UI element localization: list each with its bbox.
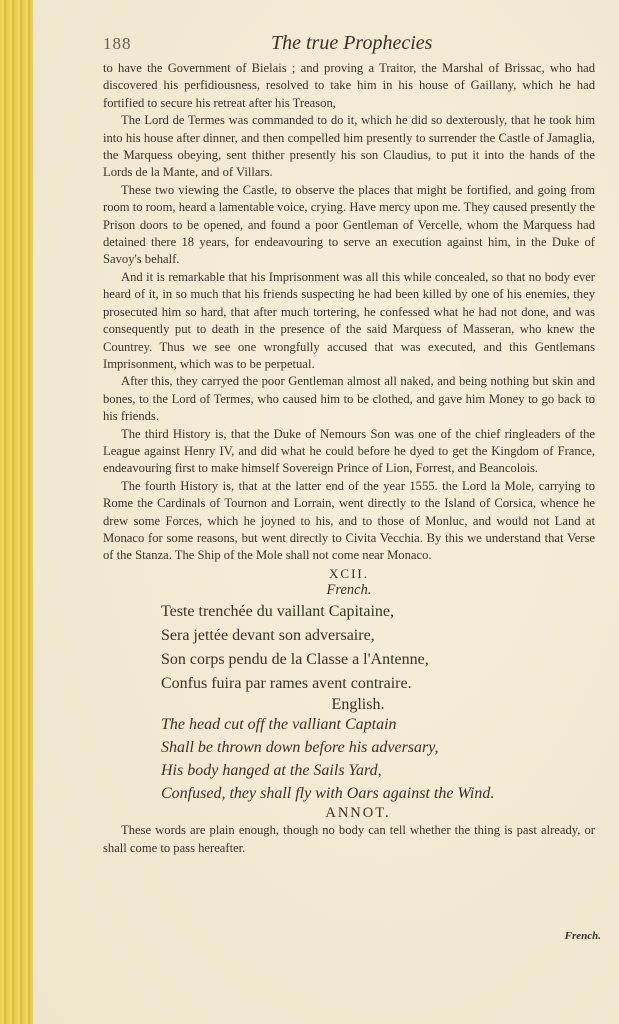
french-verse-line: Confus fuira par rames avent contraire. <box>103 672 595 696</box>
french-verse-line: Teste trenchée du vaillant Capitaine, <box>103 600 595 624</box>
french-label: French. <box>103 582 595 599</box>
paragraph: The fourth History is, that at the latte… <box>103 478 595 565</box>
paragraph: After this, they carryed the poor Gentle… <box>103 373 595 425</box>
running-title: The true Prophecies <box>271 32 432 55</box>
quatrain-number: XCII. <box>103 565 595 582</box>
gilt-page-edge <box>0 0 34 1024</box>
annotation-heading: ANNOT. <box>103 805 595 822</box>
english-verse-line: The head cut off the valliant Captain <box>103 713 595 736</box>
annotation-text: These words are plain enough, though no … <box>103 822 595 857</box>
french-verse-line: Sera jettée devant son adversaire, <box>103 624 595 648</box>
paragraph: And it is remarkable that his Imprisonme… <box>103 269 595 373</box>
paragraph: The third History is, that the Duke of N… <box>103 426 595 478</box>
catchword: French. <box>565 930 601 942</box>
page-header: 188 The true Prophecies <box>103 32 583 56</box>
paragraph: These two viewing the Castle, to observe… <box>103 182 595 269</box>
paragraph: The Lord de Termes was commanded to do i… <box>103 112 595 182</box>
page-body: to have the Government of Bielais ; and … <box>103 60 595 857</box>
page-number: 188 <box>103 34 132 54</box>
french-verse-line: Son corps pendu de la Classe a l'Antenne… <box>103 648 595 672</box>
english-verse-line: His body hanged at the Sails Yard, <box>103 759 595 782</box>
english-label: English. <box>103 696 595 713</box>
english-verse-line: Shall be thrown down before his adversar… <box>103 736 595 759</box>
paragraph: to have the Government of Bielais ; and … <box>103 60 595 112</box>
english-verse-line: Confused, they shall fly with Oars again… <box>103 782 595 805</box>
